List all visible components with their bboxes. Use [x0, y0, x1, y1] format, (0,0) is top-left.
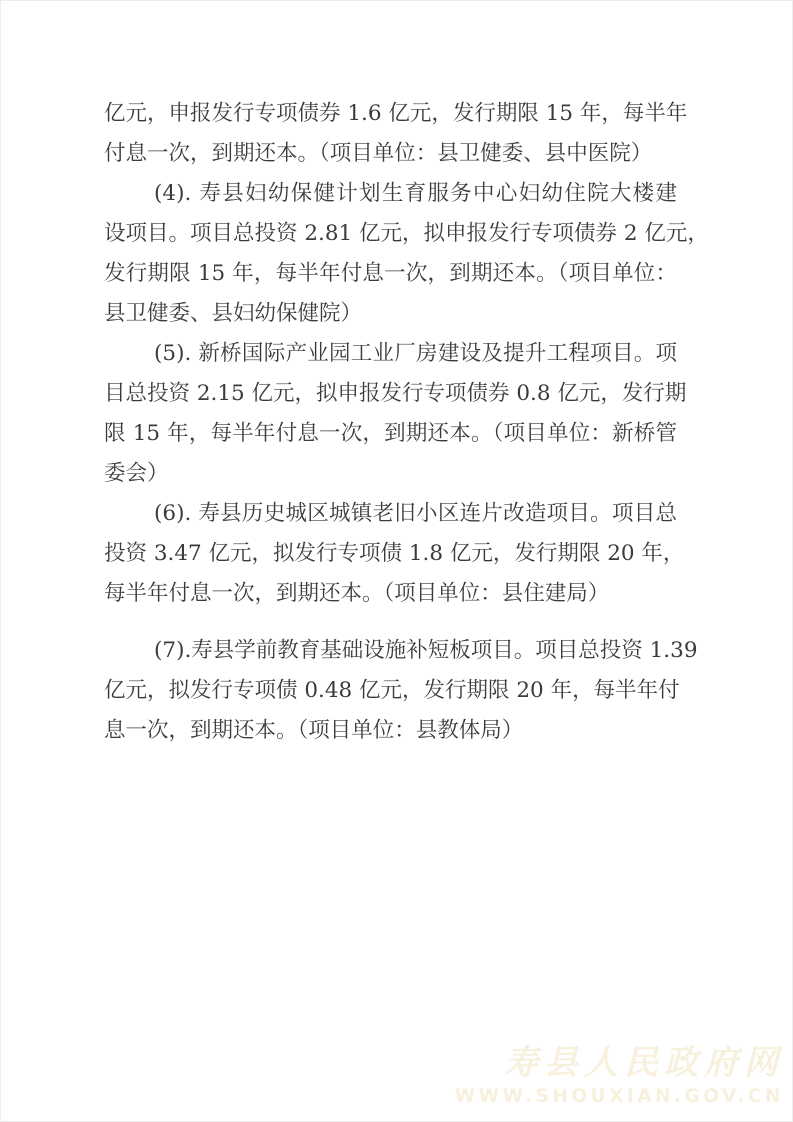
paragraph: (7).寿县学前教育基础设施补短板项目。项目总投资 1.39亿元，拟发行专项债 … — [104, 631, 677, 751]
text-line: 亿元，申报发行专项债券 1.6 亿元，发行期限 15 年，每半年 — [104, 94, 677, 134]
text-line: 县卫健委、县妇幼保健院） — [104, 294, 677, 334]
text-line: 目总投资 2.15 亿元，拟申报发行专项债券 0.8 亿元，发行期 — [104, 374, 677, 414]
text-line: 亿元，拟发行专项债 0.48 亿元，发行期限 20 年，每半年付 — [104, 671, 677, 711]
paragraph: (6). 寿县历史城区城镇老旧小区连片改造项目。项目总投资 3.47 亿元，拟发… — [104, 494, 677, 614]
paragraph: 亿元，申报发行专项债券 1.6 亿元，发行期限 15 年，每半年付息一次，到期还… — [104, 94, 677, 174]
text-line: 发行期限 15 年，每半年付息一次，到期还本。（项目单位： — [104, 254, 677, 294]
text-line: 限 15 年，每半年付息一次，到期还本。（项目单位：新桥管 — [104, 414, 677, 454]
text-line: (5). 新桥国际产业园工业厂房建设及提升工程项目。项 — [104, 334, 677, 374]
paragraph: (5). 新桥国际产业园工业厂房建设及提升工程项目。项目总投资 2.15 亿元，… — [104, 334, 677, 494]
text-line: (6). 寿县历史城区城镇老旧小区连片改造项目。项目总 — [104, 494, 677, 534]
site-watermark: 寿县人民政府网 WWW.SHOUXIAN.GOV.CN — [455, 1041, 784, 1109]
document-body: 亿元，申报发行专项债券 1.6 亿元，发行期限 15 年，每半年付息一次，到期还… — [104, 94, 677, 751]
text-line: 息一次，到期还本。（项目单位：县教体局） — [104, 711, 677, 751]
document-page: 亿元，申报发行专项债券 1.6 亿元，发行期限 15 年，每半年付息一次，到期还… — [0, 0, 793, 1122]
text-line: 付息一次，到期还本。（项目单位：县卫健委、县中医院） — [104, 134, 677, 174]
watermark-title: 寿县人民政府网 — [455, 1041, 784, 1085]
text-line: (7).寿县学前教育基础设施补短板项目。项目总投资 1.39 — [104, 631, 677, 671]
text-line: (4). 寿县妇幼保健计划生育服务中心妇幼住院大楼建 — [104, 174, 677, 214]
text-line: 投资 3.47 亿元，拟发行专项债 1.8 亿元，发行期限 20 年， — [104, 534, 677, 574]
text-line: 委会） — [104, 454, 677, 494]
watermark-url: WWW.SHOUXIAN.GOV.CN — [455, 1085, 784, 1109]
text-line: 设项目。项目总投资 2.81 亿元，拟申报发行专项债券 2 亿元， — [104, 214, 677, 254]
text-line: 每半年付息一次，到期还本。（项目单位：县住建局） — [104, 574, 677, 614]
paragraph: (4). 寿县妇幼保健计划生育服务中心妇幼住院大楼建设项目。项目总投资 2.81… — [104, 174, 677, 334]
